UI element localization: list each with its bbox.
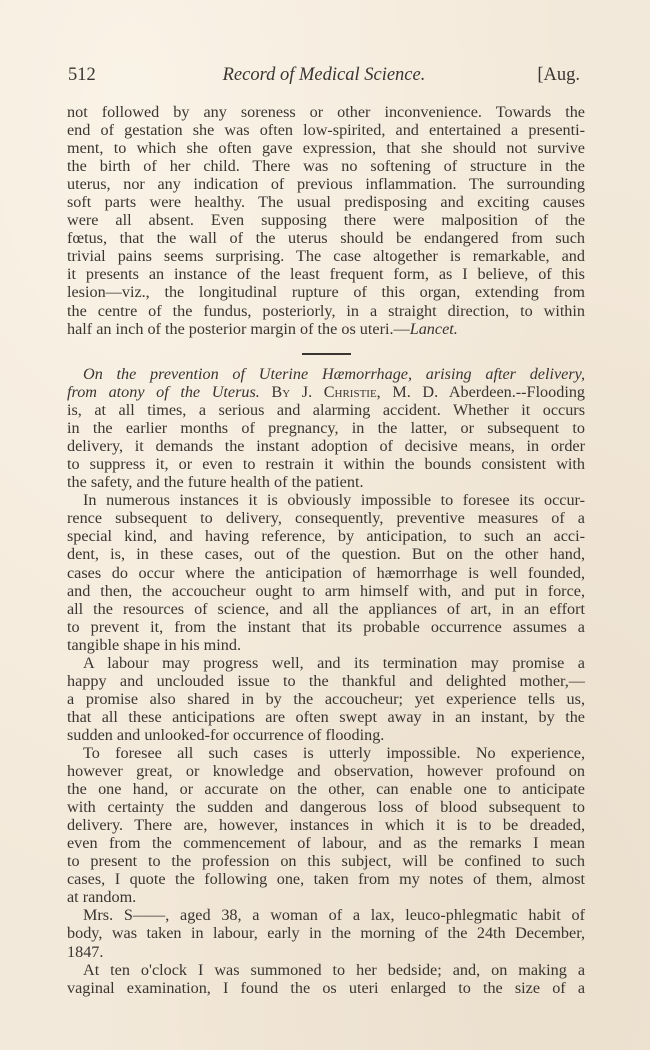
text-line: in the earlier months of pregnancy, in t… bbox=[67, 419, 585, 437]
text-line: not followed by any soreness or other in… bbox=[67, 103, 585, 121]
text-line: To foresee all such cases is utterly imp… bbox=[67, 744, 585, 762]
text-line: Mrs. S——, aged 38, a woman of a lax, leu… bbox=[67, 906, 585, 924]
text-line: the safety, and the future health of the… bbox=[67, 473, 585, 491]
text-line: to present to the profession on this sub… bbox=[67, 852, 585, 870]
text-line: A labour may progress well, and its term… bbox=[67, 654, 585, 672]
issue-month: [Aug. bbox=[537, 62, 580, 88]
text-line: at random. bbox=[67, 888, 585, 906]
text-line: special kind, and having reference, by a… bbox=[67, 527, 585, 545]
text-line: were all absent. Even supposing there we… bbox=[67, 211, 585, 229]
text-line: however great, or knowledge and observat… bbox=[67, 762, 585, 780]
text-line: trivial pains seems surprising. The case… bbox=[67, 247, 585, 265]
text-line: half an inch of the posterior margin of … bbox=[67, 320, 585, 338]
text-line: and then, the accoucheur ought to arm hi… bbox=[67, 582, 585, 600]
text-line: delivery. There are, however, instances … bbox=[67, 816, 585, 834]
text-line: sudden and unlooked-for occurrence of fl… bbox=[67, 726, 585, 744]
article-title-line: On the prevention of Uterine Hæmorrhage,… bbox=[67, 365, 585, 383]
running-header: 512 Record of Medical Science. [Aug. bbox=[68, 62, 580, 88]
text-line: At ten o'clock I was summoned to her bed… bbox=[67, 961, 585, 979]
text-line: 1847. bbox=[67, 943, 585, 961]
text-line: happy and unclouded issue to the thankfu… bbox=[67, 672, 585, 690]
journal-title: Record of Medical Science. bbox=[68, 62, 580, 88]
text-line: to prevent it, from the instant that its… bbox=[67, 618, 585, 636]
text-line: tangible shape in his mind. bbox=[67, 636, 585, 654]
text-line: dent, is, in these cases, out of the que… bbox=[67, 545, 585, 563]
text-line: rence subsequent to delivery, consequent… bbox=[67, 509, 585, 527]
text-line: uterus, nor any indication of previous i… bbox=[67, 175, 585, 193]
text-line: even from the commencement of labour, an… bbox=[67, 834, 585, 852]
text-line: vaginal examination, I found the os uter… bbox=[67, 979, 585, 997]
article-title-continued: from atony of the Uterus. bbox=[67, 383, 260, 401]
text-line: delivery, it demands the instant adoptio… bbox=[67, 437, 585, 455]
text-line: end of gestation she was often low-spiri… bbox=[67, 121, 585, 139]
text-line: the birth of her child. There was no sof… bbox=[67, 157, 585, 175]
text-line: In numerous instances it is obviously im… bbox=[67, 491, 585, 509]
text-line: body, was taken in labour, early in the … bbox=[67, 924, 585, 942]
article-byline: from atony of the Uterus. By J. Christie… bbox=[67, 383, 585, 401]
text-line: all the resources of science, and all th… bbox=[67, 600, 585, 618]
previous-article-conclusion: not followed by any soreness or other in… bbox=[67, 103, 585, 338]
text-line: ment, to which she often gave expression… bbox=[67, 139, 585, 157]
text-line: is, at all times, a serious and alarming… bbox=[67, 401, 585, 419]
author-name: J. Christie, bbox=[302, 383, 381, 401]
by-label: By bbox=[271, 383, 290, 401]
text-line: with certainty the sudden and dangerous … bbox=[67, 798, 585, 816]
author-credentials: M. D. Aberdeen.--Flooding bbox=[392, 383, 585, 401]
text-line: cases do occur where the anticipation of… bbox=[67, 564, 585, 582]
text-line: lesion—viz., the longitudinal rupture of… bbox=[67, 283, 585, 301]
text-line: that all these anticipations are often s… bbox=[67, 708, 585, 726]
text-line: a promise also shared in by the accouche… bbox=[67, 690, 585, 708]
text-line: the one hand, or accurate on the other, … bbox=[67, 780, 585, 798]
text-line: fœtus, that the wall of the uterus shoul… bbox=[67, 229, 585, 247]
text-line: it presents an instance of the least fre… bbox=[67, 265, 585, 283]
text-fragment: half an inch of the posterior margin of … bbox=[67, 320, 410, 338]
book-page: 512 Record of Medical Science. [Aug. not… bbox=[0, 0, 650, 1050]
section-divider bbox=[302, 353, 351, 355]
text-line: the centre of the fundus, posteriorly, i… bbox=[67, 302, 585, 320]
text-line: to suppress it, or even to restrain it w… bbox=[67, 455, 585, 473]
text-line: cases, I quote the following one, taken … bbox=[67, 870, 585, 888]
text-line: soft parts were healthy. The usual predi… bbox=[67, 193, 585, 211]
article-christie: On the prevention of Uterine Hæmorrhage,… bbox=[67, 365, 585, 997]
source-citation: Lancet. bbox=[410, 320, 458, 338]
